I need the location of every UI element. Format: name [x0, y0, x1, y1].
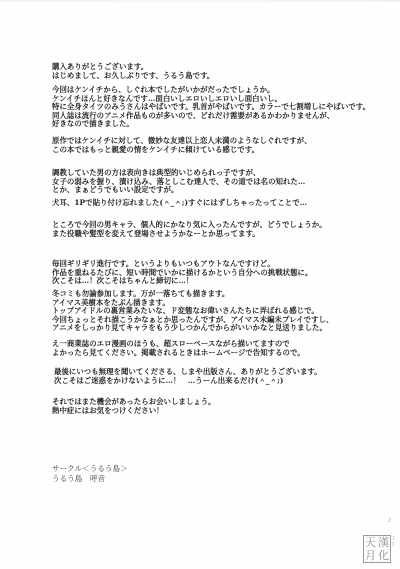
text-line: それではまた機会があったらお会いしましょう。: [52, 398, 216, 406]
text-line: はじめまして、お久しぶりです、うるう島です。: [52, 72, 214, 80]
text-line: 調教していた男の方は表向きは典型的いじめられっ子ですが、: [52, 169, 260, 177]
text-line: 特に全身タイツのみうさんはやばいです。乳首がやばいです。カラーで七割増しにやばい…: [52, 103, 370, 111]
scan-edge: [0, 0, 400, 2]
watermark-char: 月: [364, 549, 377, 562]
text-line: トップアイドルの裏営業みたいな、ド変態なお偉いさんたちに弄ばれる感じで。: [52, 307, 319, 315]
text-line: 最後にいつも無理を聞いてくださる、しまや出版さん、ありがとうございます。: [54, 368, 322, 376]
document-page: 購入ありがとうございます。はじめまして、お久しぶりです、うるう島です。今回はケン…: [0, 0, 400, 569]
text-line: また役職や髪型を変えて登場させようかなーとか思ってます。: [52, 230, 260, 238]
watermark-char: 化: [377, 549, 390, 562]
text-line: 今回はケンイチから、しぐれ本でしたがいかがだったでしょうか。: [52, 86, 274, 94]
text-line: とか、まぁどうでもいい設定ですが。: [52, 186, 179, 194]
text-line: 購入ありがとうございます。: [52, 63, 148, 71]
text-line: アニメをしっかり見てキャラをもう少しつかんでからがいいかなと見送りました。: [52, 324, 327, 332]
page-number: 2: [388, 518, 391, 524]
text-line: よかったら見てください。掲載されるときはホームページで告知するので。: [52, 349, 305, 357]
text-line: 好きなので描きました。: [52, 120, 134, 128]
text-line: この本ではもっと親愛の情をケンイチに傾けている感じです。: [52, 146, 259, 154]
text-line: え一商業誌のエロ漫画のほうも、超スローペースながら描いてますので: [52, 340, 290, 348]
scanlation-watermark-stamp: 天 漢 月 化: [363, 535, 391, 563]
text-line: 次こそは…！次こそはちゃんと締切に…！: [52, 277, 193, 285]
text-line: 冬コミも勿論参加します。万が一落ちても描きます。: [52, 290, 229, 298]
watermark-char: 漢: [377, 536, 390, 549]
text-line: 犬耳、1Pで貼り付け忘れました(＾_＾;)すぐにはずしちゃったってことで…: [52, 199, 307, 207]
text-line: 毎回ギリギリ進行です。というよりもいつもアウトなんですけど。: [52, 260, 275, 268]
side-mark: ＩＣ: [391, 536, 397, 548]
text-line: 熱中症にはお気をつけください！: [52, 407, 164, 415]
author-name: うるう島 呼音: [52, 474, 105, 483]
text-line: 次こそはご迷惑をかけないように…！ …うーん出来るだけ(＾_＾;): [54, 377, 283, 385]
text-line: 原作ではケンイチに対して、微妙な友達以上恋人未満のようなしぐれですが、: [52, 137, 312, 145]
text-line: ところで今回の男キャラ、個人的にかなり気に入ったんですが、どうでしょうか。: [52, 221, 327, 229]
watermark-char: 天: [364, 536, 377, 549]
circle-name: サークル＜うるう島＞: [52, 464, 128, 473]
